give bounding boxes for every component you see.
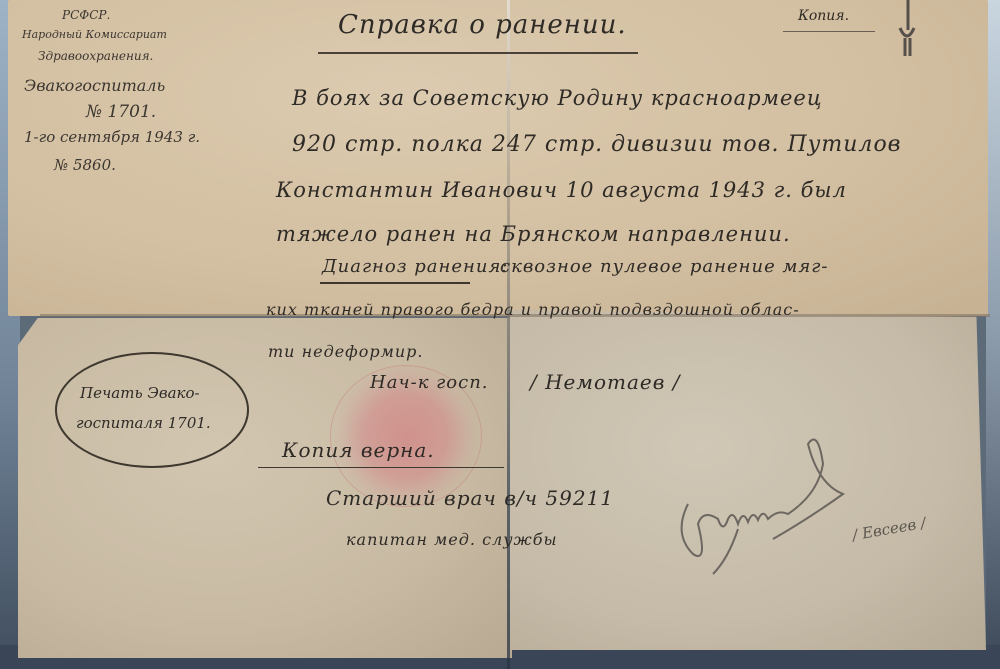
- header-health: Здравоохранения.: [38, 49, 153, 63]
- seal-placeholder-oval: [55, 352, 249, 468]
- seal-note-line-1: Печать Эвако-: [80, 384, 200, 402]
- title-underline: [318, 52, 638, 54]
- header-hospital: Эвакогоспиталь: [24, 76, 165, 95]
- header-reference-number: № 5860.: [54, 156, 116, 174]
- copy-mark: Копия.: [798, 8, 849, 24]
- body-line-5: сквозное пулевое ранение мяг-: [500, 256, 828, 277]
- header-rsfsr: РСФСР.: [62, 8, 110, 22]
- body-line-7: ти недеформир.: [268, 342, 423, 361]
- body-line-4: тяжело ранен на Брянском направлении.: [276, 222, 791, 246]
- body-line-6: ких тканей правого бедра и правой подвзд…: [266, 300, 800, 319]
- seal-note-line-2: госпиталя 1701.: [76, 414, 211, 432]
- certifier-title: Старший врач в/ч 59211: [326, 486, 614, 510]
- copy-mark-underline: [783, 31, 875, 32]
- diagnosis-underline: [320, 282, 470, 284]
- certifier-rank: капитан мед. службы: [346, 530, 558, 549]
- signatory-role: Нач-к госп.: [370, 372, 489, 393]
- diagnosis-label: Диагноз ранения:: [322, 256, 508, 277]
- body-line-3: Константин Иванович 10 августа 1943 г. б…: [276, 178, 847, 202]
- header-hospital-number: № 1701.: [86, 102, 156, 122]
- certification-underline: [258, 467, 504, 468]
- header-date: 1-го сентября 1943 г.: [24, 128, 200, 146]
- handwritten-signature: [668, 424, 878, 584]
- body-line-1: В боях за Советскую Родину красноармеец: [292, 86, 822, 110]
- signatory-name: / Немотаев /: [530, 370, 680, 394]
- document-title: Справка о ранении.: [338, 10, 627, 40]
- body-line-2: 920 стр. полка 247 стр. дивизии тов. Пут…: [292, 132, 902, 157]
- background-edge-right: [986, 0, 1000, 669]
- header-commissariat: Народный Комиссариат: [22, 28, 167, 41]
- copy-certified: Копия верна.: [282, 438, 435, 462]
- pin-icon: [896, 0, 918, 60]
